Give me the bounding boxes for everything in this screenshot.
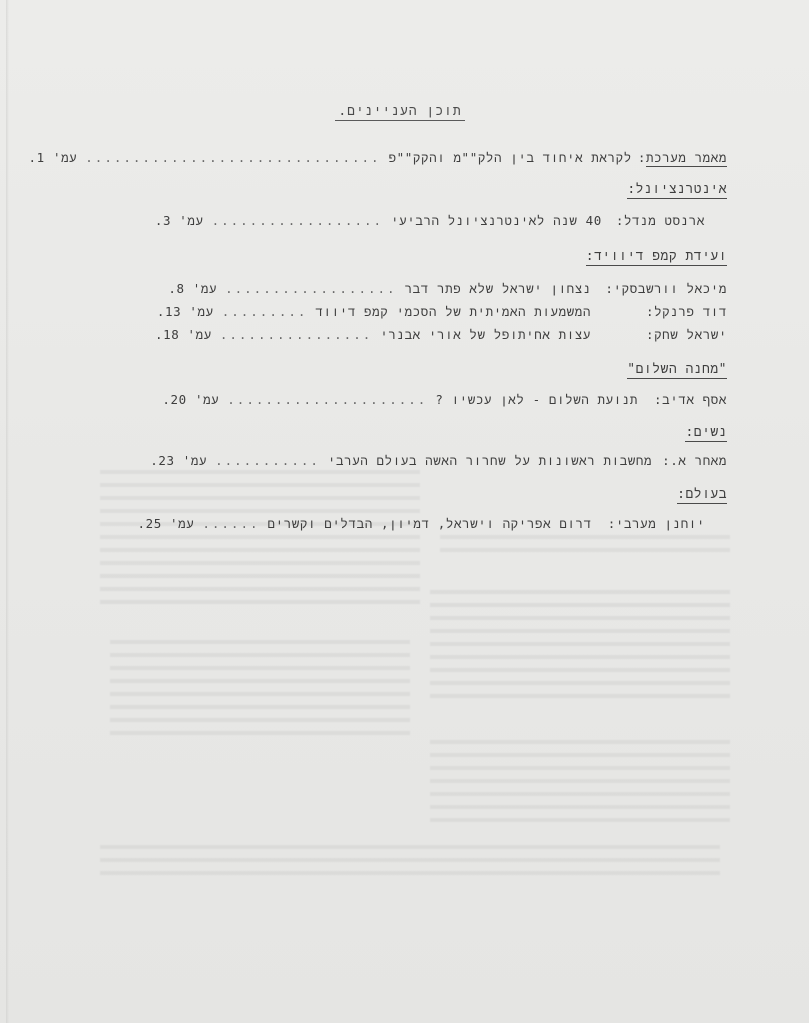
toc-entry: דוד פרנקל: המשמעות האמיתית של הסכמי קמפ … bbox=[100, 304, 727, 322]
section-heading-peace-camp: "מחנה השלום" bbox=[627, 362, 727, 379]
dot-leader: .................. bbox=[212, 213, 383, 228]
toc-entry: ישראל שחק: עצות אחיתופל של אורי אבנרי ..… bbox=[100, 327, 727, 345]
entry-colon: : bbox=[638, 150, 646, 165]
entry-article-title: תנועת השלום - לאן עכשיו ? bbox=[435, 392, 638, 408]
dot-leader: ................ bbox=[220, 327, 372, 342]
dot-leader: ..................... bbox=[227, 392, 427, 407]
section-heading-women: נשים: bbox=[685, 425, 727, 442]
entry-article-title: מחשבות ראשונות על שחרור האשה בעולם הערבי bbox=[328, 453, 652, 469]
entry-article-title: לקראת איחוד בין הלק""מ והקק""פ bbox=[389, 150, 632, 166]
toc-entry: יוחנן מערבי: דרום אפריקה וישראל, דמיון, … bbox=[100, 516, 727, 534]
dot-leader: ........... bbox=[215, 453, 320, 468]
entry-page-number: עמ' 1. bbox=[29, 150, 78, 166]
entry-author: דוד פרנקל: bbox=[597, 304, 727, 320]
entry-page-number: עמ' 3. bbox=[155, 213, 204, 229]
entry-article-title: עצות אחיתופל של אורי אבנרי bbox=[380, 327, 591, 343]
entry-article-title: המשמעות האמיתית של הסכמי קמפ דיווד bbox=[315, 304, 591, 320]
entry-author: מאמר מערכת bbox=[646, 150, 727, 167]
toc-entry-editorial: מאמר מערכת : לקראת איחוד בין הלק""מ והקק… bbox=[100, 150, 727, 168]
entry-page-number: עמ' 18. bbox=[155, 327, 212, 343]
dot-leader: ......... bbox=[222, 304, 308, 319]
toc-title: תוכן העניינים. bbox=[335, 104, 465, 121]
entry-article-title: נצחון ישראל שלא פתר דבר bbox=[405, 281, 591, 297]
table-of-contents: תוכן העניינים. מאמר מערכת : לקראת איחוד … bbox=[0, 0, 809, 1023]
entry-page-number: עמ' 23. bbox=[150, 453, 207, 469]
entry-page-number: עמ' 13. bbox=[157, 304, 214, 320]
entry-author: יוחנן מערבי: bbox=[608, 516, 705, 532]
entry-page-number: עמ' 8. bbox=[168, 281, 217, 297]
dot-leader: .................. bbox=[225, 281, 396, 296]
entry-page-number: עמ' 25. bbox=[137, 516, 194, 532]
section-heading-international: אינטרנציונל: bbox=[627, 182, 727, 199]
entry-author: ישראל שחק: bbox=[597, 327, 727, 343]
toc-entry: מאחר א.: מחשבות ראשונות על שחרור האשה בע… bbox=[100, 453, 727, 471]
toc-entry: אסף אדיב: תנועת השלום - לאן עכשיו ? ....… bbox=[100, 392, 727, 410]
scanned-page: תוכן העניינים. מאמר מערכת : לקראת איחוד … bbox=[0, 0, 809, 1023]
dot-leader: ...... bbox=[202, 516, 259, 531]
entry-author: אסף אדיב: bbox=[654, 392, 727, 408]
section-heading-world: בעולם: bbox=[677, 487, 727, 504]
entry-article-title: 40 שנה לאינטרנציונל הרביעי bbox=[391, 213, 602, 229]
toc-entry: ארנסט מנדל: 40 שנה לאינטרנציונל הרביעי .… bbox=[100, 213, 727, 231]
toc-entry: מיכאל וורשבסקי: נצחון ישראל שלא פתר דבר … bbox=[100, 281, 727, 299]
dot-leader: ............................... bbox=[85, 150, 380, 165]
entry-author: מיכאל וורשבסקי: bbox=[597, 281, 727, 297]
entry-page-number: עמ' 20. bbox=[162, 392, 219, 408]
entry-article-title: דרום אפריקה וישראל, דמיון, הבדלים וקשרים bbox=[268, 516, 592, 532]
entry-author: ארנסט מנדל: bbox=[616, 213, 705, 229]
section-heading-camp-david: ועידת קמפ דיוויד: bbox=[586, 249, 727, 266]
entry-author: מאחר א.: bbox=[662, 453, 727, 469]
